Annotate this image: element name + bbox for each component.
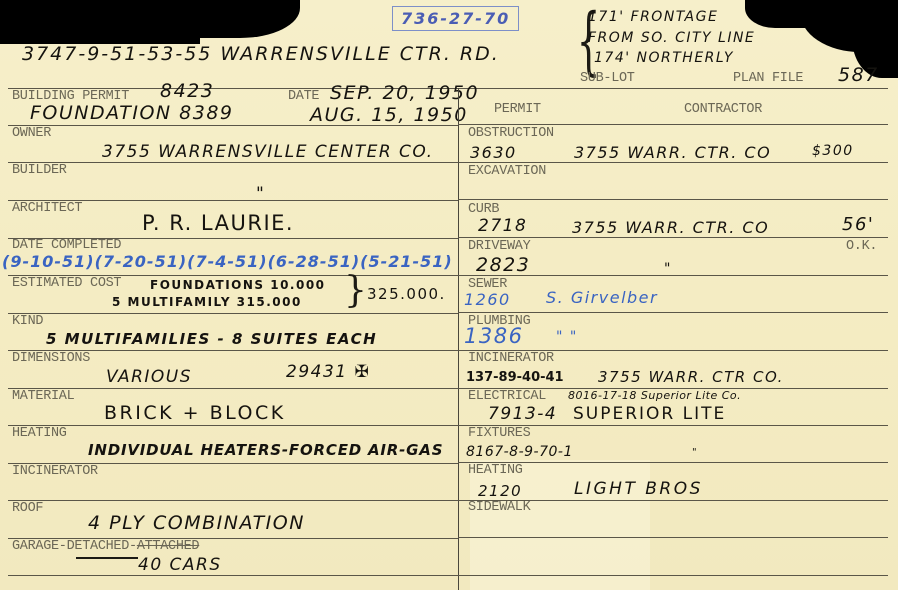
divider [458,312,888,313]
frontage-note-3: 174' NORTHERLY [594,51,734,65]
electrical-label: ELECTRICAL [468,390,546,404]
roof-label: ROOF [12,502,43,516]
cost-brace: } [344,273,367,309]
torn-edge-top-left-2 [0,0,200,44]
dimensions-value: VARIOUS [106,369,192,386]
divider [8,125,458,126]
plan-file-value: 587 [838,66,879,85]
fixtures-label: FIXTURES [468,427,530,441]
property-address: 3747-9-51-53-55 WARRENSVILLE CTR. RD. [22,45,500,64]
owner-label: OWNER [12,127,51,141]
estimated-cost-label: ESTIMATED COST [12,277,121,291]
kind-value: 5 MULTIFAMILIES - 8 SUITES EACH [46,332,377,347]
heating-permit: 2120 [478,484,522,499]
divider [458,575,888,576]
foundation-date: AUG. 15, 1950 [310,106,468,125]
curb-label: CURB [468,203,499,217]
frontage-note-1: 171' FRONTAGE [588,10,718,24]
date-completed-value: (9-10-51)(7-20-51)(7-4-51)(6-28-51)(5-21… [2,254,453,270]
obstruction-contractor: 3755 WARR. CTR. CO [574,145,771,161]
estimated-cost-line2: 5 MULTIFAMILY 315.000 [112,296,302,308]
plumbing-contractor: " " [556,330,578,344]
heating-permit-label: HEATING [468,464,523,478]
estimated-cost-total: 325.000. [367,287,446,302]
obstruction-permit: 3630 [470,145,517,161]
permit-column-header: PERMIT [494,103,541,117]
fixtures-contractor: " [692,448,698,458]
date-label: DATE [288,90,319,104]
material-label: MATERIAL [12,390,74,404]
sub-lot-label: SUB-LOT [580,72,635,86]
divider [8,425,458,426]
column-divider [458,88,459,590]
divider [458,199,888,200]
incinerator-permit: 137-89-40-41 [466,371,564,384]
incinerator-contractor: 3755 WARR. CTR CO. [598,370,784,385]
frontage-note-2: FROM SO. CITY LINE [588,31,755,45]
divider [458,124,888,125]
driveway-permit: 2823 [476,256,530,275]
divider [8,388,458,389]
sewer-permit: 1260 [464,292,511,308]
architect-label: ARCHITECT [12,202,82,216]
divider [8,575,458,576]
builder-value: " [256,186,265,203]
owner-value: 3755 WARRENSVILLE CENTER CO. [102,144,434,161]
curb-length: 56' [842,216,874,234]
permit-date: SEP. 20, 1950 [330,84,479,103]
heating-label: HEATING [12,427,67,441]
fixtures-permit: 8167-8-9-70-1 [466,445,573,459]
plan-file-label: PLAN FILE [733,72,803,86]
obstruction-label: OBSTRUCTION [468,127,554,141]
electrical-contractor: SUPERIOR LITE [573,406,726,423]
dimensions-label: DIMENSIONS [12,352,90,366]
divider [8,500,458,501]
dimensions-area: 29431 ✠ [286,364,370,381]
kind-label: KIND [12,315,43,329]
roof-value: 4 PLY COMBINATION [88,514,305,533]
architect-value: P. R. LAURIE. [142,213,294,234]
garage-underline [76,557,138,559]
incinerator-label: INCINERATOR [12,465,98,479]
material-value: BRICK + BLOCK [104,404,286,423]
stamp-number: 736-27-70 [392,6,519,31]
garage-label: GARAGE-DETACHED-ATTACHED [12,540,199,554]
garage-value: 40 CARS [138,557,222,574]
obstruction-fee: $300 [812,144,854,158]
divider [458,537,888,538]
electrical-note: 8016-17-18 Superior Lite Co. [568,390,741,401]
incinerator-permit-label: INCINERATOR [468,352,554,366]
divider [8,162,458,163]
driveway-label: DRIVEWAY [468,240,530,254]
permit-record-card: 3747-9-51-53-55 WARRENSVILLE CTR. RD. 73… [0,0,898,590]
date-completed-label: DATE COMPLETED [12,239,121,253]
divider [458,237,888,238]
garage-label-struck: ATTACHED [137,539,199,554]
building-permit-value: 8423 [160,82,214,101]
sidewalk-label: SIDEWALK [468,501,530,515]
garage-label-prefix: GARAGE-DETACHED- [12,539,137,554]
divider [8,313,458,314]
foundation-permit-note: FOUNDATION 8389 [30,104,234,123]
driveway-status: O.K. [846,240,877,254]
heating-contractor: LIGHT BROS [574,481,703,498]
estimated-cost-line1: FOUNDATIONS 10.000 [150,279,326,291]
heating-value: INDIVIDUAL HEATERS-FORCED AIR-GAS [88,443,443,458]
plumbing-permit: 1386 [464,326,523,347]
curb-contractor: 3755 WARR. CTR. CO [572,220,769,236]
builder-label: BUILDER [12,164,67,178]
curb-permit: 2718 [478,218,527,235]
driveway-contractor: " [664,262,672,276]
sewer-contractor: S. Girvelber [546,290,658,306]
electrical-permit: 7913-4 [488,406,557,423]
excavation-label: EXCAVATION [468,165,546,179]
contractor-column-header: CONTRACTOR [684,103,762,117]
divider [458,162,888,163]
